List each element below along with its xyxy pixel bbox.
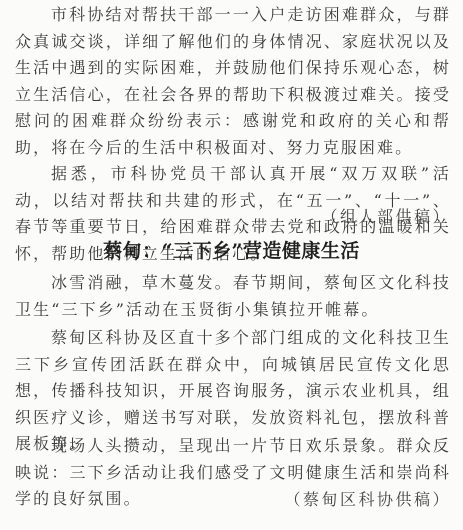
article2-paragraph-1: 冰雪消融，草木蔓发。春节期间，蔡甸区文化科技卫生“三下乡”活动在玉贤街小集镇拉开… — [15, 270, 451, 323]
article2-title: 蔡甸：“三下乡”营造健康生活 — [0, 236, 463, 263]
article1-byline: （组人部供稿） — [321, 204, 451, 227]
article2-byline: （蔡甸区科协供稿） — [284, 487, 451, 510]
document-page: 市科协结对帮扶干部一一入户走访困难群众，与群众真诚交谈，详细了解他们的身体情况、… — [0, 0, 463, 530]
article1-paragraph-1: 市科协结对帮扶干部一一入户走访困难群众，与群众真诚交谈，详细了解他们的身体情况、… — [15, 2, 451, 161]
